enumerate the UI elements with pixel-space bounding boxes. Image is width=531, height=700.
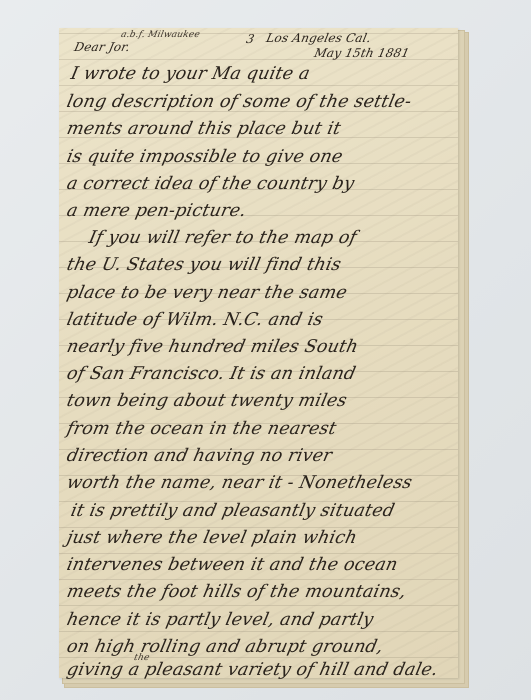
body-line: nearly five hundred miles South (65, 339, 360, 357)
body-line: hence it is partly level, and partly (65, 612, 375, 630)
body-line: intervenes between it and the ocean (65, 557, 399, 575)
letter-date: May 15th 1881 (313, 46, 411, 60)
margin-annotation: a.b.f. Milwaukee (120, 30, 201, 40)
body-line: latitude of Wilm. N.C. and is (65, 312, 324, 330)
body-line: a mere pen-picture. (65, 203, 248, 221)
insertion-mark: the (133, 653, 150, 663)
body-line: meets the foot hills of the mountains, (65, 584, 408, 602)
body-line: direction and having no river (65, 448, 333, 466)
body-line: is quite impossible to give one (65, 149, 344, 167)
letter-page: a.b.f. Milwaukee Dear Jor. 3 Los Angeles… (59, 28, 458, 678)
body-line: a correct idea of the country by (65, 176, 356, 194)
body-line: giving a pleasant variety of hill and da… (65, 662, 439, 680)
body-line: just where the level plain which (65, 530, 358, 548)
salutation: Dear Jor. (73, 40, 131, 54)
body-line: worth the name, near it - Nonetheless (65, 475, 414, 493)
body-line: If you will refer to the map of (87, 230, 358, 248)
body-line: town being about twenty miles (65, 393, 348, 411)
body-line: of San Francisco. It is an inland (65, 366, 357, 384)
letter-place: Los Angeles Cal. (265, 31, 372, 45)
body-line: it is prettily and pleasantly situated (69, 503, 396, 521)
body-line: I wrote to your Ma quite a (69, 66, 311, 84)
body-line: place to be very near the same (65, 285, 349, 303)
body-line: ments around this place but it (65, 121, 342, 139)
body-line: on high rolling and abrupt ground, (65, 639, 384, 657)
body-line: from the ocean in the nearest (65, 421, 338, 439)
page-number: 3 (245, 32, 256, 46)
body-line: the U. States you will find this (65, 257, 343, 275)
body-line: long description of some of the settle- (65, 94, 413, 112)
